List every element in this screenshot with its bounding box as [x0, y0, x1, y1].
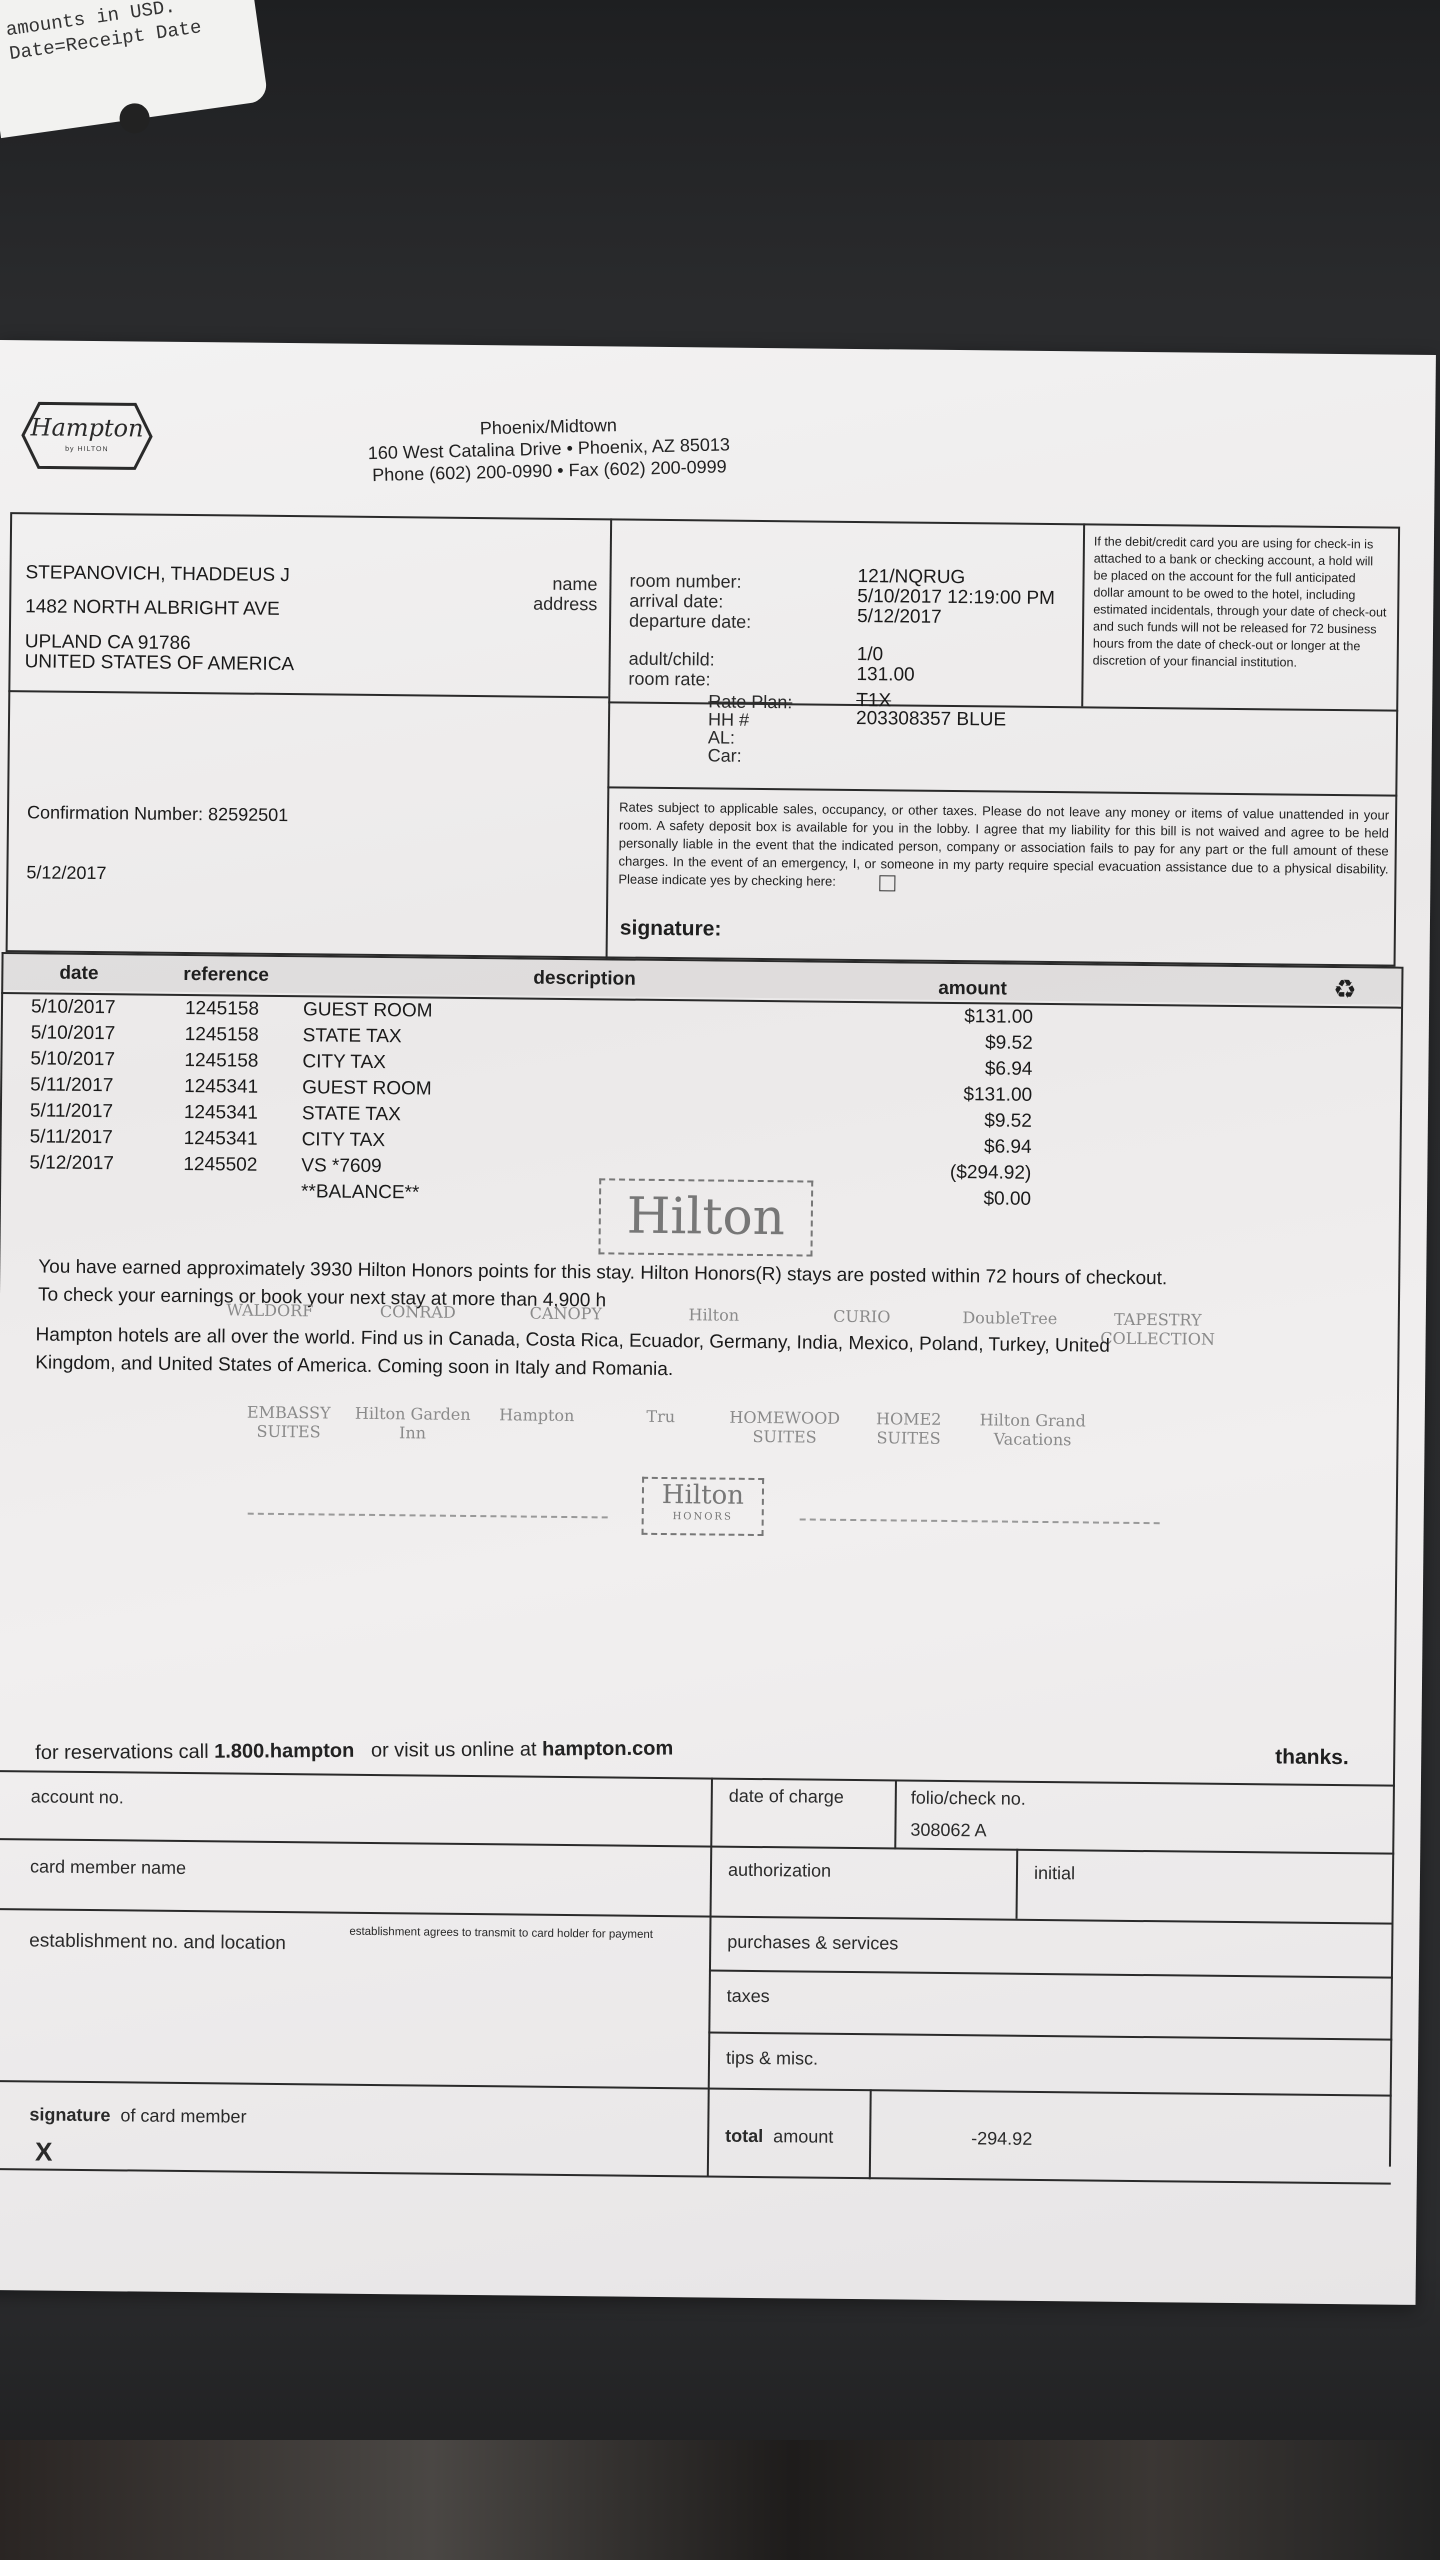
divider	[708, 2032, 1392, 2041]
signature-bold: signature	[29, 2104, 110, 2125]
row-amount: ($294.92)	[911, 1162, 1031, 1185]
brand-logo: Hilton	[654, 1305, 774, 1325]
row-amount: $9.52	[912, 1110, 1032, 1133]
total-rest: amount	[773, 2126, 833, 2147]
establishment-note: establishment agrees to transmit to card…	[349, 1926, 653, 1941]
divider	[0, 2080, 1392, 2097]
hh-number: 203308357 BLUE	[856, 710, 1006, 730]
brand-logos-row-1: WALDORFCONRADCANOPYHiltonCURIODoubleTree…	[0, 340, 1436, 355]
reservations-line: for reservations call 1.800.hampton or v…	[35, 1738, 673, 1765]
stay-labels: room number: arrival date: departure dat…	[628, 571, 751, 690]
row-description: STATE TAX	[302, 1103, 401, 1126]
extra-labels: Rate Plan: HH # AL: Car:	[708, 692, 793, 765]
divider	[0, 1908, 1394, 1925]
row-date: 5/10/2017	[30, 1048, 115, 1071]
purchases-services-field[interactable]: purchases & services	[727, 1932, 898, 1955]
honors-stamp-bottom: HONORS	[644, 1511, 762, 1523]
divider	[0, 1770, 1395, 1787]
guest-street: 1482 NORTH ALBRIGHT AVE	[25, 596, 280, 621]
label-address: address	[527, 594, 597, 615]
label-room-rate: room rate:	[628, 669, 750, 690]
date-of-charge-field[interactable]: date of charge	[729, 1786, 844, 1808]
hampton-world-text-2: Kingdom, and United States of America. C…	[35, 1352, 673, 1381]
brand-logo: WALDORF	[210, 1300, 330, 1320]
row-description: CITY TAX	[302, 1129, 386, 1152]
label-name: name	[527, 574, 597, 595]
row-amount: $0.00	[911, 1188, 1031, 1211]
row-date: 5/11/2017	[30, 1100, 113, 1123]
row-reference: 1245502	[183, 1154, 257, 1177]
table-row	[0, 340, 1436, 355]
name-address-labels: name address	[527, 574, 597, 615]
divider	[894, 1779, 897, 1849]
background-fabric	[0, 2440, 1440, 2560]
hotel-folio-paper: Hampton by HILTON Phoenix/Midtown 160 We…	[0, 340, 1436, 2305]
label-hh: HH #	[708, 710, 792, 729]
table-row	[0, 340, 1436, 355]
honors-stamp-top: Hilton	[644, 1479, 762, 1512]
row-date: 5/10/2017	[31, 1022, 116, 1045]
hotel-address-block: Phoenix/Midtown 160 West Catalina Drive …	[338, 411, 759, 487]
folio-rows: 5/10/20171245158GUEST ROOM$131.005/10/20…	[0, 340, 1436, 355]
brand-logo: EMBASSY SUITES	[228, 1402, 348, 1441]
total-amount-label: total amount	[725, 2126, 833, 2148]
brand-logo: DoubleTree	[950, 1308, 1070, 1328]
reservations-phone[interactable]: 1.800.hampton	[214, 1740, 354, 1763]
hilton-stamp: Hilton	[598, 1178, 813, 1256]
guest-city-country: UPLAND CA 91786 UNITED STATES OF AMERICA	[25, 632, 295, 675]
receipt-scrap: amounts in USD. Date=Receipt Date	[0, 0, 268, 138]
label-departure-date: departure date:	[629, 611, 751, 632]
room-rate: 131.00	[856, 665, 1054, 687]
label-adult-child: adult/child:	[629, 649, 751, 670]
brand-logo: CONRAD	[358, 1302, 478, 1322]
honors-points-text: You have earned approximately 3930 Hilto…	[38, 1256, 1167, 1290]
hilton-honors-stamp: Hilton HONORS	[642, 1477, 765, 1536]
signature-card-member-label: signature of card member	[29, 2104, 246, 2127]
divider	[0, 1838, 1394, 1855]
tips-misc-field[interactable]: tips & misc.	[726, 2048, 818, 2070]
row-amount: $131.00	[913, 1006, 1033, 1029]
row-reference: 1245341	[184, 1128, 258, 1151]
label-arrival-date: arrival date:	[629, 591, 751, 612]
table-row	[0, 340, 1436, 355]
folio-date: 5/12/2017	[26, 862, 106, 884]
divider	[707, 1778, 713, 2178]
row-description: STATE TAX	[303, 1025, 402, 1048]
divider	[709, 1970, 1393, 1979]
table-row	[0, 340, 1436, 355]
legal-terms: Rates subject to applicable sales, occup…	[618, 799, 1389, 897]
guest-name: STEPANOVICH, THADDEUS J	[25, 562, 290, 587]
signature-rest: of card member	[120, 2105, 246, 2126]
stay-values: 121/NQRUG 5/10/2017 12:19:00 PM 5/12/201…	[856, 567, 1055, 687]
logo-sub: by HILTON	[19, 445, 155, 453]
brand-logo: Hilton Grand Vacations	[972, 1410, 1092, 1449]
row-date: 5/11/2017	[30, 1126, 113, 1149]
initial-field[interactable]: initial	[1034, 1863, 1075, 1884]
header-amount: amount	[938, 978, 1007, 1001]
header-reference: reference	[183, 964, 269, 987]
row-reference: 1245341	[184, 1076, 258, 1099]
account-no-field[interactable]: account no.	[31, 1786, 124, 1808]
folio-check-no-label: folio/check no.	[911, 1788, 1026, 1810]
online-prefix: or visit us online at	[371, 1739, 537, 1762]
folio-check-no-value: 308062 A	[910, 1820, 986, 1842]
row-description: VS *7609	[301, 1155, 382, 1178]
row-amount: $131.00	[912, 1084, 1032, 1107]
extra-values: T1X 203308357 BLUE	[856, 692, 1006, 730]
brand-logo: Hampton	[477, 1405, 597, 1425]
table-row	[0, 340, 1436, 355]
taxes-field[interactable]: taxes	[727, 1986, 770, 2007]
brand-logo: HOME2 SUITES	[848, 1409, 968, 1448]
row-amount: $6.94	[912, 1058, 1032, 1081]
divider	[0, 2168, 1391, 2185]
divider	[869, 2089, 872, 2179]
divider	[1016, 1849, 1019, 1919]
row-reference: 1245158	[184, 1050, 258, 1073]
row-description: CITY TAX	[302, 1051, 386, 1074]
brand-logo: Hilton Garden Inn	[352, 1404, 472, 1443]
row-date: 5/12/2017	[29, 1152, 114, 1175]
reservations-prefix: for reservations call	[35, 1741, 209, 1764]
divider	[1389, 967, 1404, 2167]
evacuation-assistance-checkbox[interactable]	[879, 875, 895, 891]
row-description: **BALANCE**	[301, 1181, 420, 1204]
divider	[0, 952, 4, 2152]
row-reference: 1245341	[184, 1102, 258, 1125]
dashed-divider-right	[800, 1518, 1160, 1524]
header-description: description	[533, 968, 636, 991]
row-date: 5/11/2017	[30, 1074, 113, 1097]
confirmation-number: Confirmation Number: 82592501	[27, 802, 288, 826]
brand-logo: TAPESTRY COLLECTION	[1098, 1310, 1218, 1349]
hampton-website-link[interactable]: hampton.com	[542, 1738, 673, 1761]
signature-label: signature:	[620, 917, 722, 942]
total-bold: total	[725, 2126, 763, 2146]
table-row	[0, 340, 1436, 355]
recycle-icon: ♻	[1333, 974, 1357, 1005]
scrap-notch	[118, 101, 152, 135]
legal-text: Rates subject to applicable sales, occup…	[618, 800, 1389, 889]
signature-x-field[interactable]: X	[35, 2136, 53, 2167]
table-row	[0, 340, 1436, 355]
thanks-text: thanks.	[1275, 1745, 1349, 1770]
hampton-logo: Hampton by HILTON	[19, 395, 156, 476]
row-amount: $6.94	[911, 1136, 1031, 1159]
brand-logo: CURIO	[802, 1306, 922, 1326]
label-rate-plan: Rate Plan:	[708, 692, 792, 711]
label-car: Car:	[708, 746, 792, 765]
guest-country: UNITED STATES OF AMERICA	[25, 652, 295, 675]
dashed-divider-left	[248, 1513, 608, 1519]
brand-logos-row-2: EMBASSY SUITESHilton Garden InnHamptonTr…	[0, 340, 1436, 355]
authorization-field[interactable]: authorization	[728, 1860, 831, 1882]
row-reference: 1245158	[185, 1024, 259, 1047]
total-amount-value: -294.92	[971, 2128, 1032, 2150]
hampton-world-text: Hampton hotels are all over the world. F…	[35, 1324, 1110, 1357]
establishment-field[interactable]: establishment no. and location	[29, 1930, 286, 1955]
header-date: date	[59, 963, 98, 985]
row-amount: $9.52	[913, 1032, 1033, 1055]
logo-wordmark: Hampton	[19, 413, 155, 442]
row-description: GUEST ROOM	[303, 999, 433, 1022]
label-al: AL:	[708, 728, 792, 747]
debit-card-notice: If the debit/credit card you are using f…	[1093, 533, 1390, 672]
card-member-name-field[interactable]: card member name	[30, 1856, 186, 1879]
row-date: 5/10/2017	[31, 996, 116, 1019]
brand-logo: HOMEWOOD SUITES	[724, 1408, 844, 1447]
row-description: GUEST ROOM	[302, 1077, 432, 1100]
brand-logo: CANOPY	[506, 1303, 626, 1323]
table-row	[0, 340, 1436, 355]
departure-date: 5/12/2017	[857, 607, 1055, 629]
row-reference: 1245158	[185, 998, 259, 1021]
brand-logo: Tru	[601, 1406, 721, 1426]
label-room-number: room number:	[629, 571, 751, 592]
